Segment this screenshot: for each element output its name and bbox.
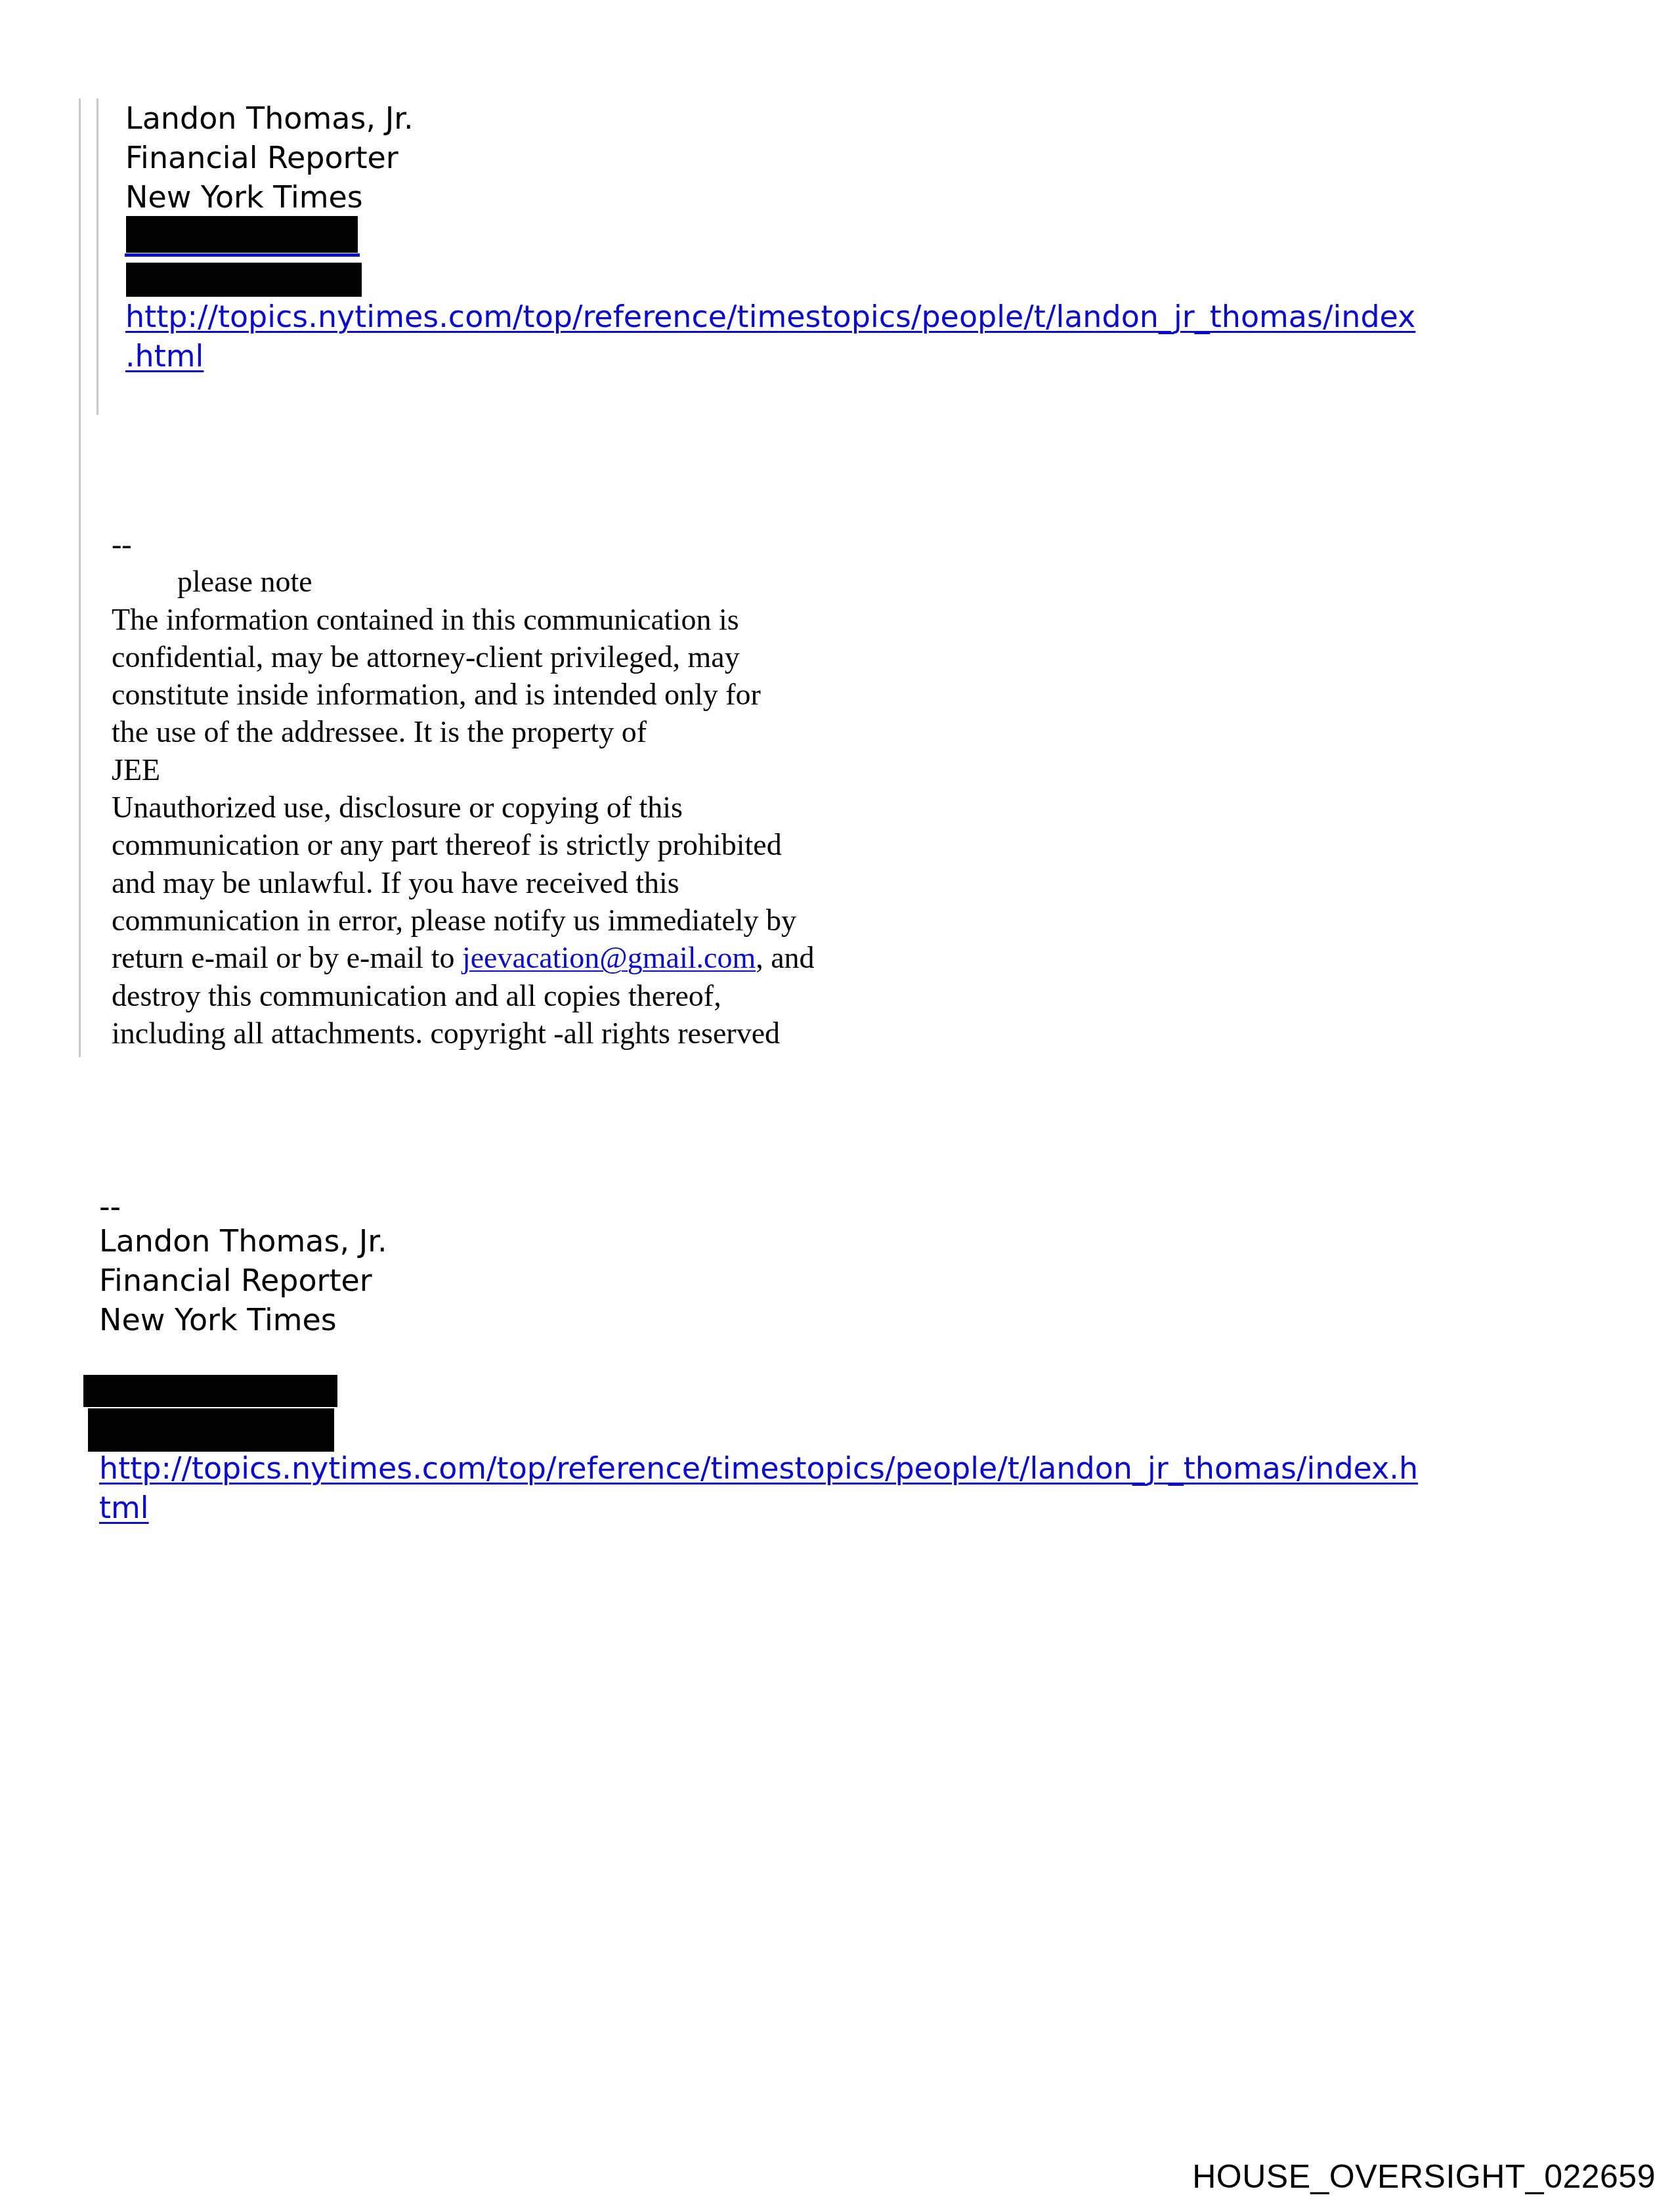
quoted-signature-organization: New York Times <box>125 177 414 217</box>
disclaimer-email-line: return e-mail or by e-mail to jeevacatio… <box>112 939 815 976</box>
disclaimer-line: and may be unlawful. If you have receive… <box>112 864 815 901</box>
confidentiality-disclaimer: -- please note The information contained… <box>112 525 815 1052</box>
disclaimer-line: communication or any part thereof is str… <box>112 826 815 863</box>
profile-link-continuation[interactable]: tml <box>99 1490 149 1525</box>
quoted-signature-url[interactable]: http://topics.nytimes.com/top/reference/… <box>125 297 1415 376</box>
contact-email-link[interactable]: jeevacation@gmail.com <box>462 941 756 974</box>
outer-quote-border <box>79 98 81 1057</box>
disclaimer-line: communication in error, please notify us… <box>112 901 815 939</box>
profile-link[interactable]: http://topics.nytimes.com/top/reference/… <box>99 1450 1418 1486</box>
email-line-suffix: , and <box>756 941 814 974</box>
redaction-box <box>83 1375 337 1407</box>
signature-url[interactable]: http://topics.nytimes.com/top/reference/… <box>99 1448 1418 1527</box>
profile-link[interactable]: http://topics.nytimes.com/top/reference/… <box>125 299 1415 334</box>
disclaimer-line: destroy this communication and all copie… <box>112 977 815 1014</box>
disclaimer-line: The information contained in this commun… <box>112 601 815 638</box>
disclaimer-line: confidential, may be attorney-client pri… <box>112 638 815 676</box>
disclaimer-separator: -- <box>112 525 815 563</box>
disclaimer-line: including all attachments. copyright -al… <box>112 1014 815 1052</box>
redacted-link-underline <box>125 253 360 257</box>
quoted-signature: Landon Thomas, Jr. Financial Reporter Ne… <box>125 98 414 217</box>
redaction-box <box>126 216 358 253</box>
email-line-prefix: return e-mail or by e-mail to <box>112 941 462 974</box>
signature-separator: -- <box>99 1192 387 1221</box>
disclaimer-line: constitute inside information, and is in… <box>112 676 815 713</box>
redaction-box <box>126 263 362 297</box>
disclaimer-line: Unauthorized use, disclosure or copying … <box>112 789 815 826</box>
profile-link-continuation[interactable]: .html <box>125 338 204 374</box>
redaction-box <box>88 1408 334 1452</box>
disclaimer-heading: please note <box>112 563 815 600</box>
bates-number: HOUSE_OVERSIGHT_022659 <box>1192 2158 1656 2196</box>
quoted-signature-name: Landon Thomas, Jr. <box>125 98 414 138</box>
signature-organization: New York Times <box>99 1300 387 1339</box>
inner-quote-border <box>97 98 98 415</box>
disclaimer-owner: JEE <box>112 751 815 789</box>
disclaimer-line: the use of the addressee. It is the prop… <box>112 713 815 750</box>
signature: -- Landon Thomas, Jr. Financial Reporter… <box>99 1192 387 1339</box>
signature-title: Financial Reporter <box>99 1261 387 1300</box>
signature-name: Landon Thomas, Jr. <box>99 1221 387 1261</box>
quoted-signature-title: Financial Reporter <box>125 138 414 177</box>
